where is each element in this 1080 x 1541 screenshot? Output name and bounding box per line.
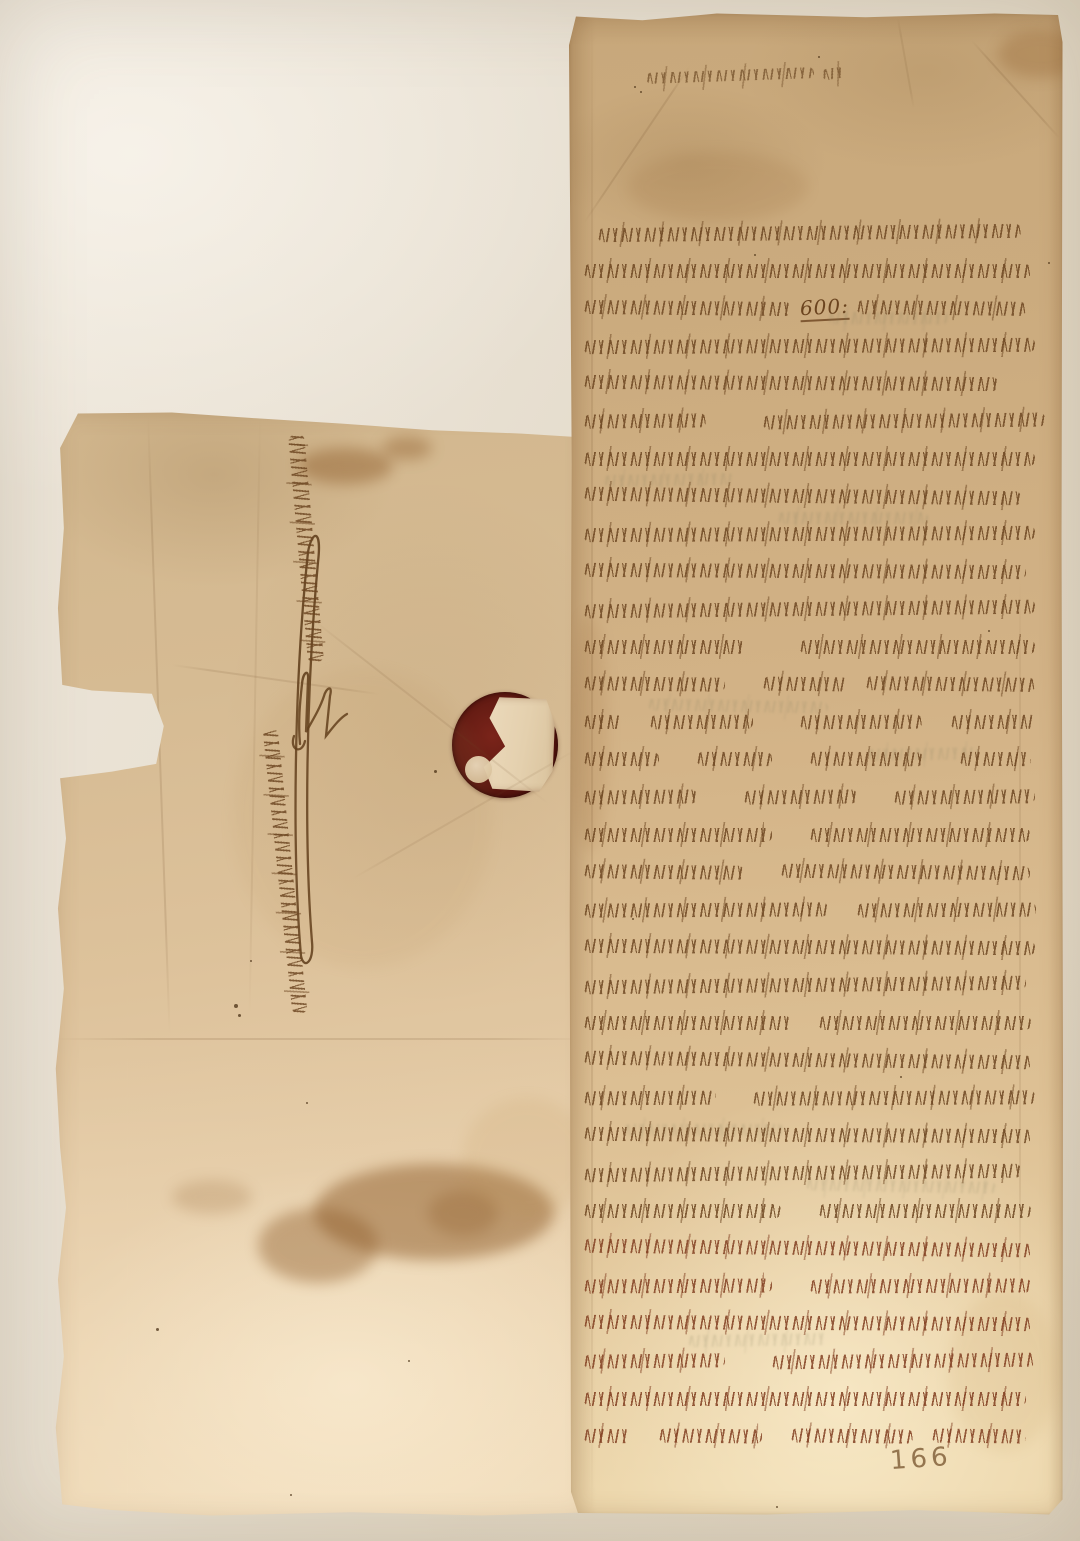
handwriting-line: [772, 1353, 1035, 1370]
handwriting-line: [857, 300, 1026, 316]
handwriting-line: [584, 640, 744, 654]
handwriting-line: [584, 1315, 1031, 1331]
handwriting-line: [584, 1204, 781, 1218]
handwriting-line: [584, 413, 706, 428]
handwriting-line: [584, 338, 1035, 354]
handwriting-line: [584, 789, 697, 804]
handwriting-line: [584, 264, 1031, 278]
ink-speck: [306, 1102, 308, 1104]
handwriting-line: [763, 677, 848, 692]
fold-crease: [147, 415, 171, 1035]
ink-speck: [988, 630, 990, 632]
handwriting-line: [819, 1016, 1031, 1030]
handwriting-line: [866, 676, 1035, 692]
ink-speck: [250, 960, 252, 962]
seal-torn-patch: [484, 697, 555, 791]
handwriting-line: [584, 600, 1035, 619]
page-edge-shade: [568, 12, 1064, 46]
handwriting-line: [584, 715, 622, 729]
fold-crease: [249, 417, 261, 1017]
handwriting-line: [810, 1278, 1031, 1293]
stain: [298, 448, 393, 484]
handwriting-line: [584, 1353, 725, 1368]
handwriting-line: [894, 789, 1035, 804]
ink-speck: [754, 254, 756, 256]
handwriting-line: [584, 1016, 791, 1030]
handwriting-line: [857, 902, 1036, 917]
handwriting-line: [584, 939, 1035, 955]
handwriting-line: [584, 864, 744, 880]
handwriting-line: [584, 1429, 631, 1443]
ink-speck: [776, 1506, 778, 1508]
handwriting-line: [960, 752, 1031, 766]
handwriting-line: [646, 67, 814, 84]
handwriting-line: [584, 487, 1021, 506]
handwriting-line: [584, 1392, 1026, 1406]
handwriting-line: [819, 1204, 1031, 1218]
ink-speck: [818, 56, 820, 58]
handwriting-line: [584, 452, 1035, 466]
handwriting-line: [584, 375, 998, 391]
handwriting-line: [584, 1127, 1031, 1143]
handwriting-line: [810, 828, 1031, 842]
address-leaf: [52, 408, 592, 1520]
handwriting-line: [800, 714, 922, 729]
ink-speck: [634, 86, 636, 88]
handwriting-line: [753, 1090, 1035, 1105]
handwriting-line: [584, 300, 791, 316]
stain: [998, 30, 1080, 78]
stain: [172, 1180, 252, 1214]
ink-speck: [290, 1494, 292, 1496]
handwriting-line: [584, 1090, 716, 1105]
ink-speck: [434, 770, 437, 773]
ink-speck: [640, 91, 642, 93]
stain: [628, 152, 808, 222]
fold-crease: [54, 1038, 590, 1040]
handwriting-line: [791, 1429, 913, 1444]
stain: [382, 436, 432, 460]
handwriting-line: [584, 1278, 772, 1293]
ink-speck: [900, 1076, 902, 1078]
letter-page: 600: 166: [568, 12, 1064, 1516]
ink-speck: [156, 1328, 159, 1331]
handwriting-line: [584, 976, 1026, 995]
handwriting-line: [598, 224, 1021, 242]
ink-speck: [234, 1004, 238, 1008]
page-edge-shade: [1048, 12, 1064, 1516]
handwriting-line: [744, 789, 857, 804]
stain: [258, 1208, 378, 1283]
handwriting-line: [584, 828, 772, 842]
handwriting-line: [800, 640, 1035, 654]
ink-speck: [408, 1360, 410, 1362]
handwriting-line: [584, 526, 1035, 542]
handwriting-line: [951, 715, 1036, 729]
handwriting-line: [821, 67, 844, 81]
handwriting-line: [781, 864, 1030, 881]
handwriting-line: [650, 715, 753, 730]
letter-photograph: 600: 166: [0, 0, 1080, 1541]
handwriting-line: [584, 1051, 1031, 1070]
handwriting-line: [763, 413, 1045, 430]
ink-speck: [238, 1014, 241, 1017]
handwriting-line: [584, 563, 1026, 579]
handwriting-line: [932, 1429, 1026, 1444]
handwriting-line: [697, 752, 772, 766]
handwriting-line: [584, 1239, 1031, 1258]
handwriting-line: [584, 1164, 1021, 1183]
handwriting-line: [810, 752, 923, 767]
handwriting-line: [584, 752, 659, 766]
handwriting-line: [659, 1429, 763, 1444]
handwriting-line: [584, 676, 725, 691]
ink-speck: [1048, 262, 1050, 264]
fold-crease: [897, 19, 915, 108]
handwriting-line: [584, 902, 828, 917]
